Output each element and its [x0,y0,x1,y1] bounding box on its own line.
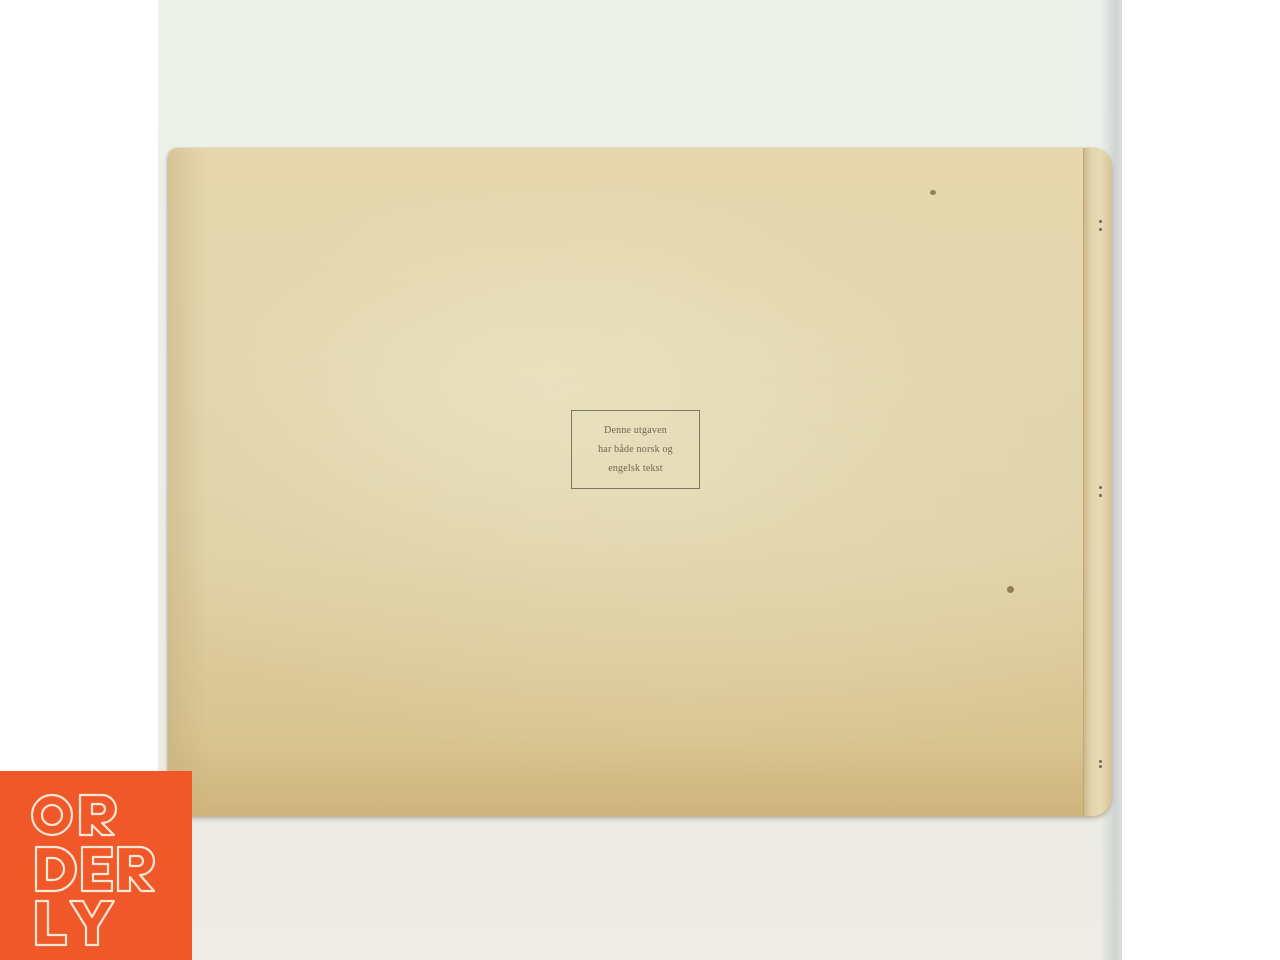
spine-mark [1099,760,1102,763]
spine-mark [1099,220,1102,223]
orderly-watermark-badge [0,771,192,960]
spine-mark [1099,228,1102,231]
spine-mark [1099,765,1102,768]
edition-note-line-2: har både norsk og [598,440,673,459]
stain-spot [930,190,936,195]
edition-note-label: Denne utgaven har både norsk og engelsk … [571,410,700,489]
spine-mark [1099,494,1102,497]
orderly-logo-icon [30,789,170,949]
edition-note-line-3: engelsk tekst [608,459,663,478]
edition-note-line-1: Denne utgaven [604,421,667,440]
book-spine [1083,148,1112,816]
stain-spot [1007,586,1014,593]
spine-mark [1099,486,1102,489]
